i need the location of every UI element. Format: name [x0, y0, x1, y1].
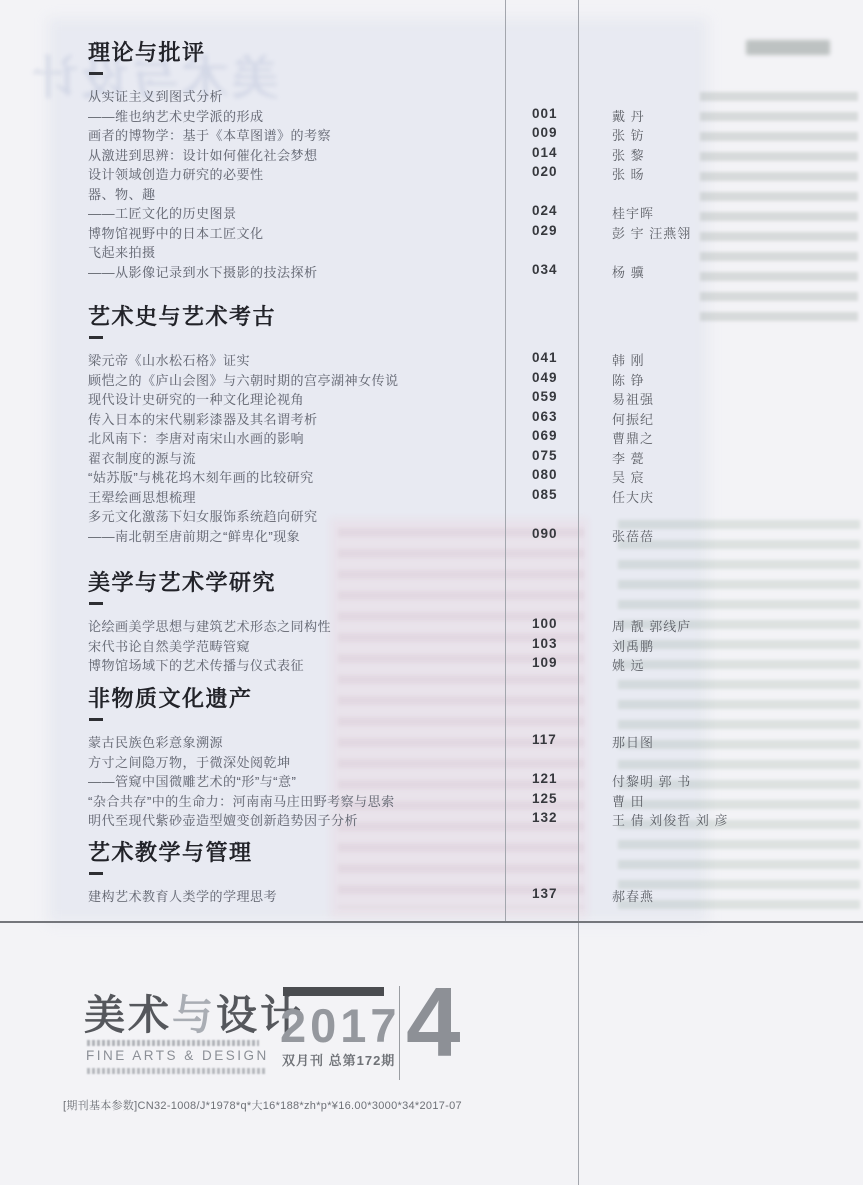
article-authors: 曹 田 [612, 791, 862, 810]
page-number: 117 [532, 732, 582, 747]
article-authors: 郝春燕 [612, 886, 862, 905]
toc-row: ——管窥中国微雕艺术的“形”与“意”121付黎明 郭 书 [88, 771, 863, 791]
toc-row: 现代设计史研究的一种文化理论视角059易祖强 [88, 389, 863, 409]
page-number: 121 [532, 771, 582, 786]
page-number: 009 [532, 125, 582, 140]
article-title: 器、物、趣 [88, 184, 156, 203]
article-title: ——工匠文化的历史图景 [88, 203, 237, 222]
toc-row: 传入日本的宋代剔彩漆器及其名谓考析063何振纪 [88, 409, 863, 429]
page-number: 080 [532, 467, 582, 482]
section-dash [89, 336, 103, 339]
article-title: 北风南下：李唐对南宋山水画的影响 [88, 428, 304, 447]
article-title: 博物馆场域下的艺术传播与仪式表征 [88, 655, 304, 674]
toc-row: ——工匠文化的历史图景024桂宇晖 [88, 203, 863, 223]
toc-row: 设计领域创造力研究的必要性020张 旸 [88, 164, 863, 184]
article-title: 多元文化激荡下妇女服饰系统趋向研究 [88, 506, 318, 525]
article-title: 设计领域创造力研究的必要性 [88, 164, 264, 183]
article-title: ——管窥中国微雕艺术的“形”与“意” [88, 771, 296, 790]
article-authors: 戴 丹 [612, 106, 862, 125]
toc-row: 顾恺之的《庐山会图》与六朝时期的宫亭湖神女传说049陈 铮 [88, 370, 863, 390]
article-authors: 李 甍 [612, 448, 862, 467]
toc-row: 建构艺术教育人类学的学理思考137郝春燕 [88, 886, 863, 906]
article-authors: 韩 刚 [612, 350, 862, 369]
toc-row: 翟衣制度的源与流075李 甍 [88, 448, 863, 468]
toc-row: 画者的博物学：基于《本草图谱》的考察009张 钫 [88, 125, 863, 145]
article-title: “姑苏版”与桃花坞木刻年画的比较研究 [88, 467, 314, 486]
article-authors: 任大庆 [612, 487, 862, 506]
page-number: 063 [532, 409, 582, 424]
toc-section: 艺术教学与管理建构艺术教育人类学的学理思考137郝春燕 [88, 840, 863, 906]
toc-row: 博物馆场域下的艺术传播与仪式表征109姚 远 [88, 655, 863, 675]
toc-row: 方寸之间隐万物，于微深处阅乾坤 [88, 752, 863, 772]
toc-row: 飞起来拍摄 [88, 242, 863, 262]
page-number: 075 [532, 448, 582, 463]
toc-row: 明代至现代紫砂壶造型嬗变创新趋势因子分析132王 倩 刘俊哲 刘 彦 [88, 810, 863, 830]
page-number: 100 [532, 616, 582, 631]
journal-toc-page: 美术与设计 理论与批评从实证主义到图式分析——维也纳艺术史学派的形成001戴 丹… [0, 0, 863, 1185]
article-authors: 陈 铮 [612, 370, 862, 389]
article-authors: 张 黎 [612, 145, 862, 164]
journal-title-cn: 美术与设计 [84, 982, 304, 1041]
page-number: 085 [532, 487, 582, 502]
article-title: 现代设计史研究的一种文化理论视角 [88, 389, 304, 408]
toc-row: 蒙古民族色彩意象溯源117那日图 [88, 732, 863, 752]
section-heading: 非物质文化遗产 [88, 686, 863, 712]
article-title: 蒙古民族色彩意象溯源 [88, 732, 223, 751]
page-number: 001 [532, 106, 582, 121]
toc-row: ——维也纳艺术史学派的形成001戴 丹 [88, 106, 863, 126]
page-number: 049 [532, 370, 582, 385]
article-authors: 姚 远 [612, 655, 862, 674]
page-number: 034 [532, 262, 582, 277]
toc-section: 艺术史与艺术考古梁元帝《山水松石格》证实041韩 刚顾恺之的《庐山会图》与六朝时… [88, 304, 863, 545]
toc-row: ——南北朝至唐前期之“鲜卑化”现象090张蓓蓓 [88, 526, 863, 546]
page-number: 024 [532, 203, 582, 218]
page-number: 090 [532, 526, 582, 541]
article-authors: 张蓓蓓 [612, 526, 862, 545]
frequency-issue-total: 双月刊 总第172期 [282, 1050, 395, 1069]
article-authors: 付黎明 郭 书 [612, 771, 862, 790]
article-title: 明代至现代紫砂壶造型嬗变创新趋势因子分析 [88, 810, 358, 829]
journal-subtitle-line [87, 1068, 265, 1074]
section-heading: 艺术教学与管理 [88, 840, 863, 866]
journal-title-part: 与 [172, 992, 216, 1038]
journal-title-part: 美术 [84, 992, 172, 1038]
toc-section: 理论与批评从实证主义到图式分析——维也纳艺术史学派的形成001戴 丹画者的博物学… [88, 40, 863, 281]
article-authors: 桂宇晖 [612, 203, 862, 222]
page-number: 014 [532, 145, 582, 160]
page-number: 137 [532, 886, 582, 901]
article-title: 博物馆视野中的日本工匠文化 [88, 223, 264, 242]
article-authors: 那日图 [612, 732, 862, 751]
article-title: 王翚绘画思想梳理 [88, 487, 196, 506]
section-dash [89, 718, 103, 721]
section-dash [89, 72, 103, 75]
journal-basic-parameters: [期刊基本参数]CN32-1008/J*1978*q*大16*188*zh*p*… [63, 1097, 462, 1113]
section-heading: 理论与批评 [88, 40, 863, 66]
page-number: 041 [532, 350, 582, 365]
page-number: 069 [532, 428, 582, 443]
article-authors: 何振纪 [612, 409, 862, 428]
article-authors: 曹鼎之 [612, 428, 862, 447]
article-authors: 张 钫 [612, 125, 862, 144]
toc-row: 梁元帝《山水松石格》证实041韩 刚 [88, 350, 863, 370]
section-heading: 艺术史与艺术考古 [88, 304, 863, 330]
article-title: 从激进到思辨：设计如何催化社会梦想 [88, 145, 318, 164]
toc-row: ——从影像记录到水下摄影的技法探析034杨 骥 [88, 262, 863, 282]
section-dash [89, 602, 103, 605]
article-title: “杂合共存”中的生命力：河南南马庄田野考察与思索 [88, 791, 395, 810]
article-authors: 彭 宇 汪燕翎 [612, 223, 862, 242]
page-number: 059 [532, 389, 582, 404]
page-number: 125 [532, 791, 582, 806]
toc-row: 博物馆视野中的日本工匠文化029彭 宇 汪燕翎 [88, 223, 863, 243]
issue-number: 4 [406, 962, 461, 1082]
article-authors: 王 倩 刘俊哲 刘 彦 [612, 810, 862, 829]
article-authors: 吴 宸 [612, 467, 862, 486]
journal-subtitle-line [87, 1040, 259, 1046]
page-number: 029 [532, 223, 582, 238]
toc-row: 器、物、趣 [88, 184, 863, 204]
toc-section: 非物质文化遗产蒙古民族色彩意象溯源117那日图方寸之间隐万物，于微深处阅乾坤——… [88, 686, 863, 830]
section-heading: 美学与艺术学研究 [88, 570, 863, 596]
toc-row: “杂合共存”中的生命力：河南南马庄田野考察与思索125曹 田 [88, 791, 863, 811]
article-title: 方寸之间隐万物，于微深处阅乾坤 [88, 752, 291, 771]
toc-row: 王翚绘画思想梳理085任大庆 [88, 487, 863, 507]
toc-row: 宋代书论自然美学范畴管窥103刘禹鹏 [88, 636, 863, 656]
section-dash [89, 872, 103, 875]
article-authors: 易祖强 [612, 389, 862, 408]
article-title: ——南北朝至唐前期之“鲜卑化”现象 [88, 526, 300, 545]
toc-row: “姑苏版”与桃花坞木刻年画的比较研究080吴 宸 [88, 467, 863, 487]
toc-section: 美学与艺术学研究论绘画美学思想与建筑艺术形态之同构性100周 靓 郭线庐宋代书论… [88, 570, 863, 675]
toc-row: 从实证主义到图式分析 [88, 86, 863, 106]
issue-separator-rule [399, 986, 400, 1080]
article-title: 画者的博物学：基于《本草图谱》的考察 [88, 125, 331, 144]
article-title: 论绘画美学思想与建筑艺术形态之同构性 [88, 616, 331, 635]
year-accent-bar [283, 987, 384, 996]
article-title: 传入日本的宋代剔彩漆器及其名谓考析 [88, 409, 318, 428]
article-title: 从实证主义到图式分析 [88, 86, 223, 105]
page-number: 109 [532, 655, 582, 670]
article-title: 翟衣制度的源与流 [88, 448, 196, 467]
page-number: 020 [532, 164, 582, 179]
article-title: 顾恺之的《庐山会图》与六朝时期的宫亭湖神女传说 [88, 370, 399, 389]
article-authors: 张 旸 [612, 164, 862, 183]
article-authors: 刘禹鹏 [612, 636, 862, 655]
article-title: ——维也纳艺术史学派的形成 [88, 106, 264, 125]
article-title: ——从影像记录到水下摄影的技法探析 [88, 262, 318, 281]
toc-row: 论绘画美学思想与建筑艺术形态之同构性100周 靓 郭线庐 [88, 616, 863, 636]
journal-title-en: FINE ARTS & DESIGN [86, 1048, 269, 1063]
article-title: 宋代书论自然美学范畴管窥 [88, 636, 250, 655]
footer-divider-rule [0, 921, 863, 923]
toc-row: 多元文化激荡下妇女服饰系统趋向研究 [88, 506, 863, 526]
article-authors: 周 靓 郭线庐 [612, 616, 862, 635]
publication-year: 2017 [280, 998, 401, 1053]
toc-row: 从激进到思辨：设计如何催化社会梦想014张 黎 [88, 145, 863, 165]
article-title: 梁元帝《山水松石格》证实 [88, 350, 250, 369]
article-authors: 杨 骥 [612, 262, 862, 281]
article-title: 飞起来拍摄 [88, 242, 156, 261]
page-number: 103 [532, 636, 582, 651]
article-title: 建构艺术教育人类学的学理思考 [88, 886, 277, 905]
toc-row: 北风南下：李唐对南宋山水画的影响069曹鼎之 [88, 428, 863, 448]
page-number: 132 [532, 810, 582, 825]
